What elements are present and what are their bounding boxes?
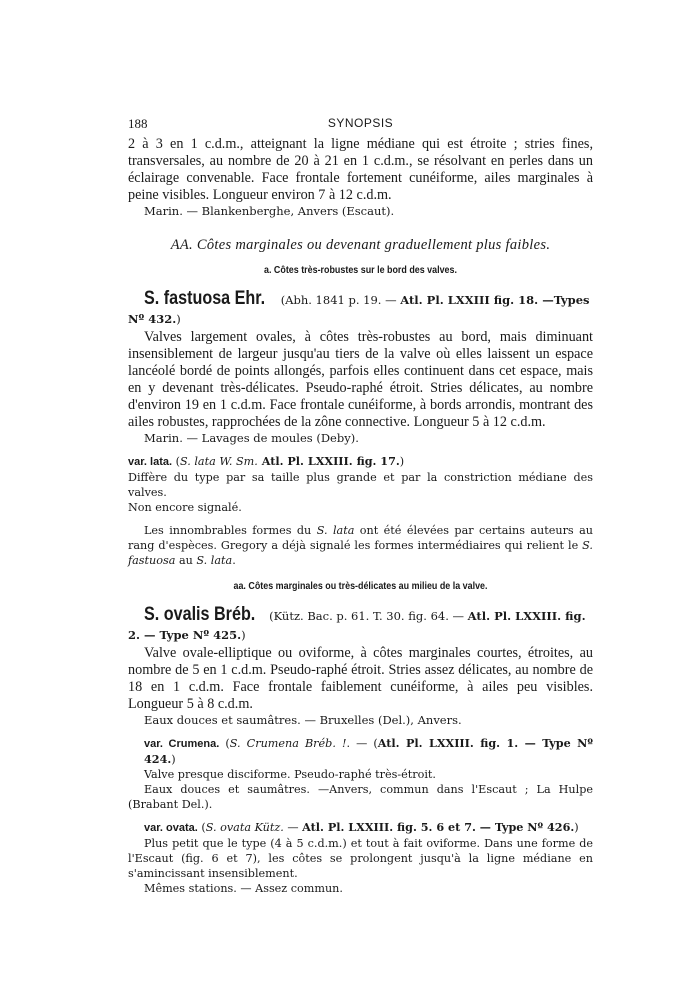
species-fastuosa-locality: Marin. — Lavages de moules (Deby). xyxy=(128,431,593,446)
intro-paragraph: 2 à 3 en 1 c.d.m., atteignant la ligne m… xyxy=(128,136,593,204)
species-ovalis-locality: Eaux douces et saumâtres. — Bruxelles (D… xyxy=(128,713,593,728)
species-ovalis-description: Valve ovale-elliptique ou oviforme, à cô… xyxy=(128,645,593,713)
intro-locality: Marin. — Blankenberghe, Anvers (Escaut). xyxy=(128,204,593,219)
species-ovalis-header: S. ovalis Bréb. (Kütz. Bac. p. 61. T. 30… xyxy=(128,606,593,645)
section-heading-AA: AA. Côtes marginales ou devenant graduel… xyxy=(128,237,593,254)
document-page: 188 SYNOPSIS 2 à 3 en 1 c.d.m., atteigna… xyxy=(128,116,593,896)
variety-status: Non encore signalé. xyxy=(128,500,593,515)
variety-description: Diffère du type par sa taille plus grand… xyxy=(128,470,593,500)
running-title: SYNOPSIS xyxy=(128,116,593,130)
species-fastuosa-header: S. fastuosa Ehr. (Abh. 1841 p. 19. — Atl… xyxy=(128,290,593,329)
variety-label: var. lata. xyxy=(128,456,172,468)
variety-crumena: var. Crumena. (S. Crumena Bréb. !. — (At… xyxy=(128,736,593,812)
running-header: 188 SYNOPSIS xyxy=(128,116,593,136)
note-paragraph: Les innombrables formes du S. lata ont é… xyxy=(128,523,593,568)
species-name: S. ovalis Bréb. xyxy=(144,606,255,624)
variety-ovata: var. ovata. (S. ovata Kütz. — Atl. Pl. L… xyxy=(128,820,593,896)
variety-lata: var. lata. (S. lata W. Sm. Atl. Pl. LXXI… xyxy=(128,454,593,515)
species-fastuosa-description: Valves largement ovales, à côtes très-ro… xyxy=(128,329,593,431)
subsection-heading-aa: aa. Côtes marginales ou très-délicates a… xyxy=(163,580,558,592)
species-name: S. fastuosa Ehr. xyxy=(144,290,265,308)
subsection-heading-a: a. Côtes très-robustes sur le bord des v… xyxy=(163,264,558,276)
